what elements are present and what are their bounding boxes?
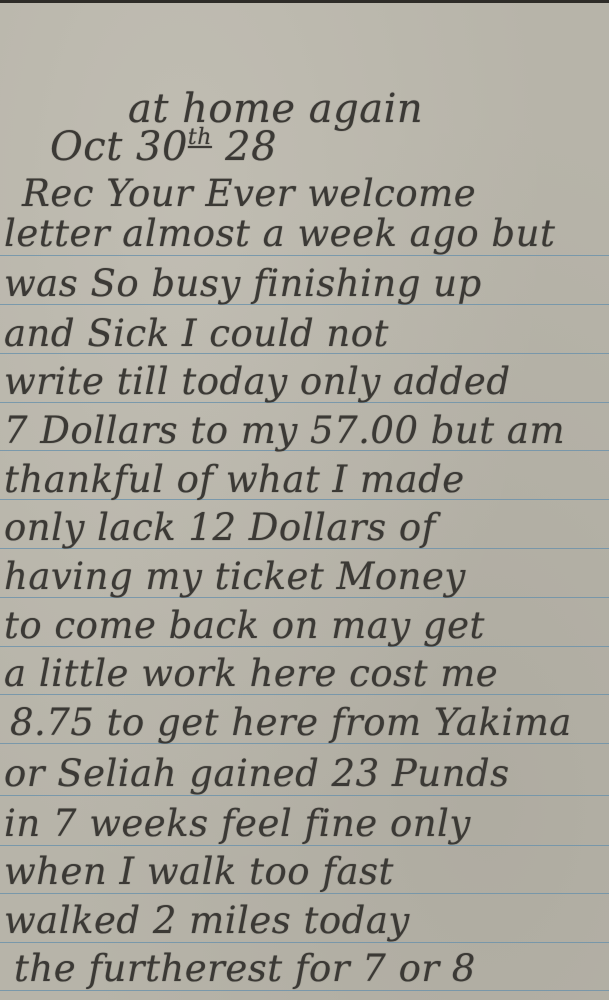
letter-line: write till today only added: [4, 360, 511, 403]
date-month: Oct: [50, 124, 123, 170]
letter-line: letter almost a week ago but: [4, 212, 555, 255]
letter-line: was So busy finishing up: [4, 262, 482, 305]
ruled-line: [0, 795, 609, 796]
date-year: 28: [225, 124, 277, 170]
date-suffix: th: [188, 125, 212, 150]
letter-line: the furtherest for 7 or 8: [14, 947, 476, 990]
letter-line: thankful of what I made: [4, 458, 465, 501]
ruled-line: [0, 990, 609, 991]
letter-line: or Seliah gained 23 Punds: [4, 752, 510, 795]
ruled-line: [0, 255, 609, 256]
letter-line: Rec Your Ever welcome: [22, 172, 476, 215]
letter-page: at home again Oct 30th 28 Rec Your Ever …: [0, 0, 609, 1000]
letter-line: when I walk too fast: [4, 850, 394, 893]
letter-line: 8.75 to get here from Yakima: [10, 701, 572, 744]
page-top-edge: [0, 0, 609, 3]
letter-line: walked 2 miles today: [4, 899, 410, 942]
ruled-line: [0, 845, 609, 846]
letter-date: Oct 30th 28: [50, 124, 277, 170]
letter-line: only lack 12 Dollars of: [4, 506, 436, 549]
letter-line: and Sick I could not: [4, 312, 389, 355]
letter-line: 7 Dollars to my 57.00 but am: [4, 409, 565, 452]
ruled-line: [0, 893, 609, 894]
letter-line: in 7 weeks feel fine only: [4, 802, 471, 845]
letter-line: having my ticket Money: [4, 555, 466, 598]
letter-line: a little work here cost me: [4, 652, 498, 695]
date-day: 30: [136, 124, 188, 170]
ruled-line: [0, 942, 609, 943]
letter-line: to come back on may get: [4, 604, 485, 647]
